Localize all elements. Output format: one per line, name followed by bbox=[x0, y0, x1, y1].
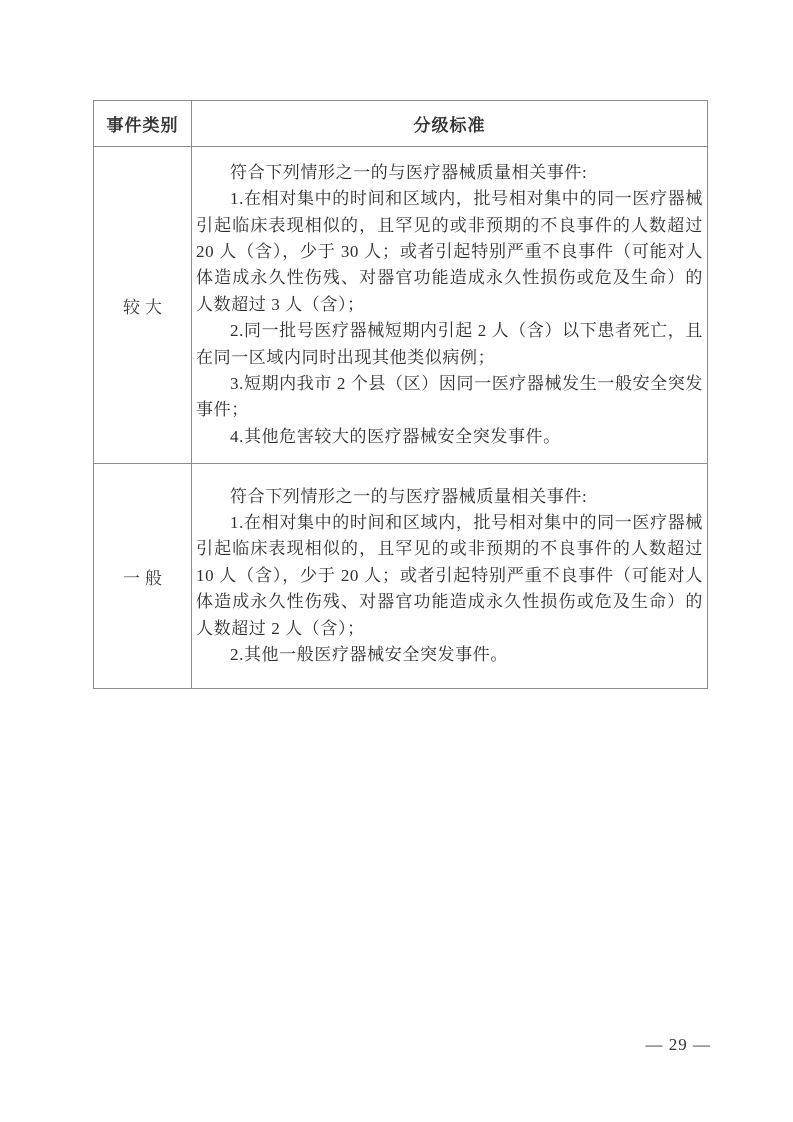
intro-paragraph: 符合下列情形之一的与医疗器械质量相关事件: bbox=[196, 484, 703, 510]
criteria-item: 3.短期内我市 2 个县（区）因同一医疗器械发生一般安全突发事件； bbox=[196, 371, 703, 424]
page-number: — 29 — bbox=[646, 1035, 712, 1055]
category-cell-general: 一般 bbox=[94, 464, 192, 689]
criteria-item: 2.同一批号医疗器械短期内引起 2 人（含）以下患者死亡，且在同一区域内同时出现… bbox=[196, 318, 703, 371]
table-header-row: 事件类别 分级标准 bbox=[94, 101, 708, 147]
table-row: 较大 符合下列情形之一的与医疗器械质量相关事件: 1.在相对集中的时间和区域内，… bbox=[94, 147, 708, 464]
event-grading-table: 事件类别 分级标准 较大 符合下列情形之一的与医疗器械质量相关事件: 1.在相对… bbox=[93, 100, 708, 689]
document-page: 事件类别 分级标准 较大 符合下列情形之一的与医疗器械质量相关事件: 1.在相对… bbox=[0, 0, 793, 1122]
criteria-item: 4.其他危害较大的医疗器械安全突发事件。 bbox=[196, 424, 703, 450]
criteria-item: 1.在相对集中的时间和区域内，批号相对集中的同一医疗器械引起临床表现相似的，且罕… bbox=[196, 186, 703, 318]
standard-cell-general: 符合下列情形之一的与医疗器械质量相关事件: 1.在相对集中的时间和区域内，批号相… bbox=[192, 464, 708, 689]
category-cell-major: 较大 bbox=[94, 147, 192, 464]
table-row: 一般 符合下列情形之一的与医疗器械质量相关事件: 1.在相对集中的时间和区域内，… bbox=[94, 464, 708, 689]
criteria-item: 1.在相对集中的时间和区域内，批号相对集中的同一医疗器械引起临床表现相似的，且罕… bbox=[196, 510, 703, 642]
column-header-event-category: 事件类别 bbox=[94, 101, 192, 147]
column-header-grading-standard: 分级标准 bbox=[192, 101, 708, 147]
standard-cell-major: 符合下列情形之一的与医疗器械质量相关事件: 1.在相对集中的时间和区域内，批号相… bbox=[192, 147, 708, 464]
intro-paragraph: 符合下列情形之一的与医疗器械质量相关事件: bbox=[196, 160, 703, 186]
criteria-item: 2.其他一般医疗器械安全突发事件。 bbox=[196, 642, 703, 668]
